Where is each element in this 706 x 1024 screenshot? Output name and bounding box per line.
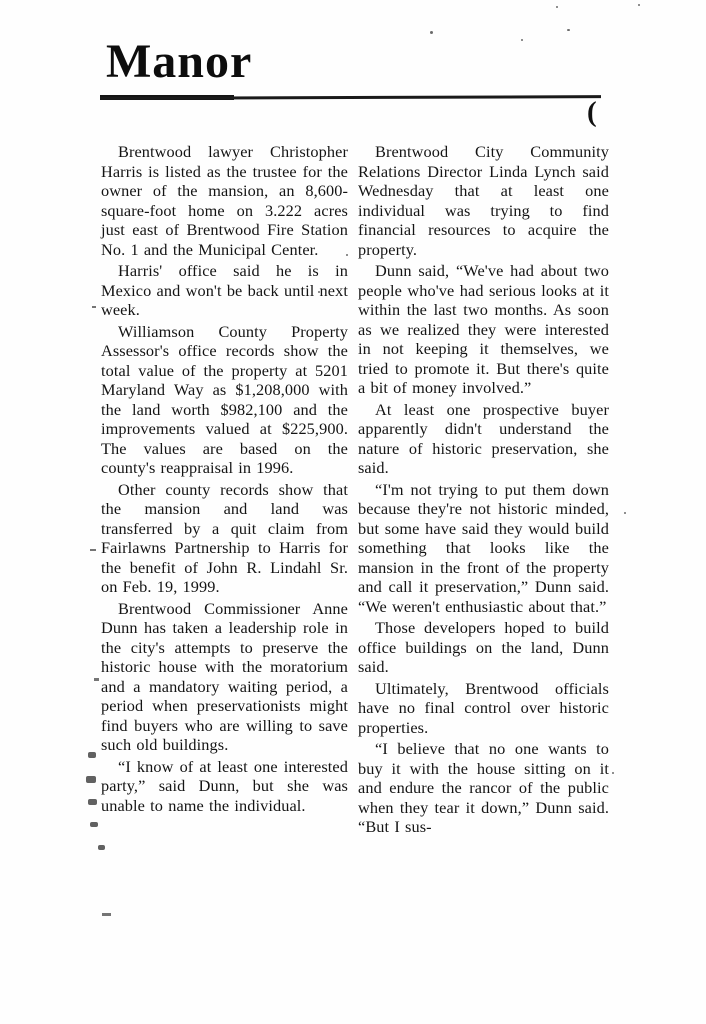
scan-margin-smudge — [88, 752, 96, 758]
article-paragraph: Brentwood lawyer Christopher Harris is l… — [101, 142, 348, 259]
newspaper-clipping-page: Manor ( Brentwood lawyer Christopher Har… — [0, 0, 706, 1024]
scan-margin-smudge — [88, 799, 97, 805]
headline: Manor — [106, 38, 252, 86]
scan-speck — [318, 291, 320, 293]
article-paragraph: Brentwood Commissioner Anne Dunn has tak… — [101, 599, 348, 755]
article-body: Brentwood lawyer Christopher Harris is l… — [101, 142, 609, 839]
article-paragraph: Those developers hoped to build office b… — [358, 618, 609, 677]
scan-margin-smudge — [86, 776, 96, 783]
article-paragraph: “I know of at least one interested party… — [101, 757, 348, 816]
scan-speck — [612, 772, 614, 774]
scan-speck — [567, 29, 570, 31]
article-paragraph: “I'm not trying to put them down because… — [358, 480, 609, 617]
scan-speck — [346, 254, 348, 256]
scan-speck — [556, 6, 558, 8]
article-column-right: Brentwood City Community Relations Direc… — [358, 142, 609, 839]
scan-pen-mark — [94, 678, 99, 681]
article-paragraph: Dunn said, “We've had about two people w… — [358, 261, 609, 398]
scan-artifact-paren: ( — [587, 98, 597, 127]
scan-pen-mark — [92, 306, 96, 308]
article-paragraph: Williamson County Property Assessor's of… — [101, 322, 348, 478]
article-column-left: Brentwood lawyer Christopher Harris is l… — [101, 142, 348, 839]
article-paragraph: Ultimately, Brentwood officials have no … — [358, 679, 609, 738]
scan-margin-smudge — [98, 845, 105, 850]
scan-speck — [638, 4, 640, 6]
scan-speck — [521, 39, 523, 41]
article-paragraph: Other county records show that the mansi… — [101, 480, 348, 597]
headline-rule — [100, 95, 601, 100]
article-paragraph: At least one prospective buyer apparentl… — [358, 400, 609, 478]
article-paragraph: Brentwood City Community Relations Direc… — [358, 142, 609, 259]
article-paragraph: “I believe that no one wants to buy it w… — [358, 739, 609, 837]
scan-pen-mark — [90, 549, 96, 551]
article-paragraph: Harris' office said he is in Mexico and … — [101, 261, 348, 320]
scan-margin-smudge — [90, 822, 98, 827]
scan-pen-mark — [102, 913, 111, 916]
scan-speck — [624, 512, 626, 514]
scan-speck — [430, 31, 433, 34]
